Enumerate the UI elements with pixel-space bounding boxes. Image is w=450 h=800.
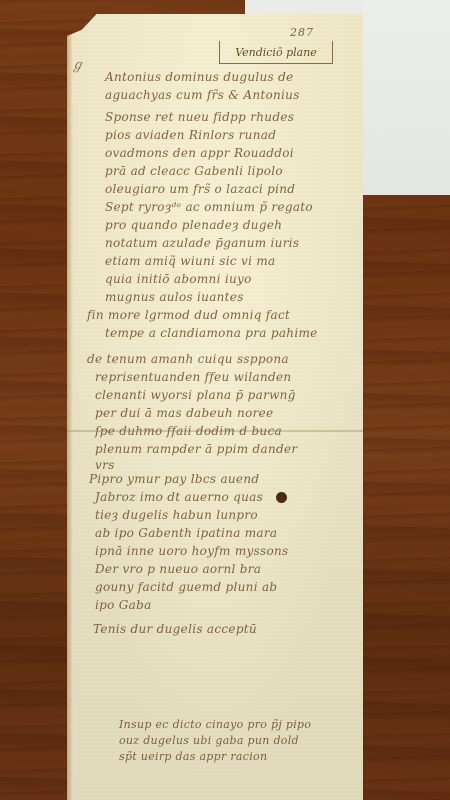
- text-line: tieȝ dugelis habun lunpro: [95, 508, 258, 522]
- text-line: ipo Gaba: [95, 598, 152, 612]
- text-line: Der vro p nueuo aornl bra: [95, 562, 261, 576]
- folio-number: 287: [290, 26, 314, 39]
- text-line: fin more lgrmod dud omniq fact: [87, 308, 290, 322]
- text-line: gouny facitd guemd pluni ab: [95, 580, 277, 594]
- text-line: notatum azulade p̄ganum iuris: [105, 236, 299, 250]
- text-line: sp̃t ueirp das appr racion: [119, 750, 267, 763]
- text-line-struck: prā ad cleacc Gabenli lipolo: [105, 164, 283, 178]
- text-line: ovadmons den appr Rouaddoi: [105, 146, 294, 160]
- text-line: Tenis dur dugelis acceptū: [93, 622, 257, 636]
- text-line: ab ipo Gabenth ipatina mara: [95, 526, 277, 540]
- text-line: de tenum amanh cuiqu ssppona: [87, 352, 289, 366]
- text-line: ouz dugelus ubi gaba pun dold: [119, 734, 299, 747]
- edge-stain: [67, 14, 73, 800]
- text-line: pro quando plenadeȝ dugeh: [105, 218, 282, 232]
- text-line: mugnus aulos iuantes: [105, 290, 244, 304]
- text-line: tempe a clandiamona pra pahime: [105, 326, 318, 340]
- text-line: Insup ec dicto cinayo pro p̃j pipo: [119, 718, 311, 731]
- text-line: ipnā inne uoro hoyfm myssons: [95, 544, 289, 558]
- text-line: aguachyas cum fr̃s & Antonius: [105, 88, 300, 102]
- text-line: Sept ryroȝᵈᵉ ac omnium p̃ regato: [105, 200, 313, 214]
- text-line: ſpe duhmo ffaii dodim d buca: [95, 424, 282, 438]
- text-line: Antonius dominus dugulus de: [105, 70, 294, 84]
- text-line: Jabroz imo dt auerno quas: [95, 490, 263, 504]
- text-line: pios aviaden Rinlors runad: [105, 128, 276, 142]
- wormhole: [276, 492, 287, 503]
- white-paper-sheet: [362, 0, 450, 195]
- text-line: reprisentuanden ffeu wilanden: [95, 370, 291, 384]
- text-line: plenum rampder ā ppim dander: [95, 442, 297, 456]
- text-line: oleugiaro um frs̃ o lazaci pind: [105, 182, 295, 196]
- text-line: etiam amiq̃ wiuni sic vi ma: [105, 254, 276, 268]
- text-line: per dui ā mas dabeuh noree: [95, 406, 273, 420]
- text-line: Sponse ret nueu fidpp rhudes: [105, 110, 294, 124]
- text-line: quia initiō abomni iuyo: [105, 272, 252, 286]
- heading-box: Vendiciō plane: [219, 41, 333, 64]
- text-line: clenanti wyorsi plana p̄ parwnḡ: [95, 388, 296, 402]
- marginal-mark: ℊ: [71, 54, 84, 73]
- text-line: Pipro ymur pay lbcs auend: [89, 472, 259, 486]
- manuscript-leaf: 287 Vendiciō plane ℊ Antonius dominus du…: [67, 14, 363, 800]
- text-line: vrs: [95, 458, 115, 472]
